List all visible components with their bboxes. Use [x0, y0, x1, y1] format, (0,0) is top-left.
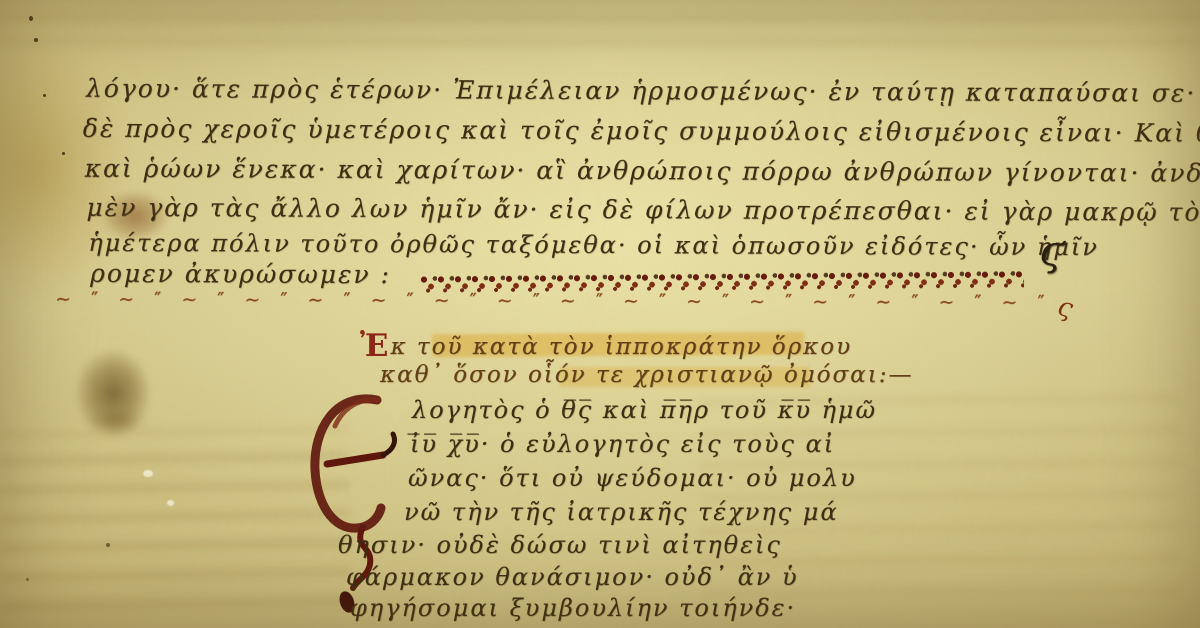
oath-title-line-1: Ἐκ τοῦ κατὰ τὸν ἱπποκράτην ὅρκου — [360, 328, 852, 364]
oath-line: ἰ̅υ̅ χ̅υ̅· ὁ εὐλογητὸς εἰς τοὺς αἰ — [410, 430, 835, 458]
oath-line: ῶνας· ὅτι οὐ ψεύδομαι· οὐ μολυ — [408, 464, 857, 492]
manuscript-line: ρομεν ἀκυρώσωμεν : — [90, 259, 391, 289]
manuscript-line: καὶ ῥώων ἕνεκα· καὶ χαρίτων· αἳ ἀνθρώποι… — [85, 154, 1200, 188]
oath-line: νῶ τὴν τῆς ἰατρικῆς τέχνης μά — [404, 498, 839, 526]
oath-title-text: κ τοῦ κατὰ τὸν ἱπποκράτην ὅρκου — [390, 334, 852, 360]
manuscript-line: δὲ πρὸς χεροῖς ὑμετέροις καὶ τοῖς ἐμοῖς … — [83, 114, 1200, 148]
oath-line: λογητὸς ὁ θ̅ς̅ καὶ π̅η̅ρ τοῦ κ̅υ̅ ἡμῶ — [412, 396, 877, 424]
oath-line: φηγήσομαι ξυμβουλίην τοιήνδε· — [350, 594, 796, 622]
wave-divider-row: ∼ ″ ∼ ″ ∼ ″ ∼ ″ ∼ ″ ∼ ″ ∼ ″ ∼ ″ ∼ ″ ∼ ″ … — [55, 288, 1101, 322]
manuscript-line: ἡμέτερα πόλιν τοῦτο ὀρθῶς ταξόμεθα· οἱ κ… — [88, 229, 1099, 261]
oath-title-line-2: καθ᾽ ὅσον οἷόν τε χριστιανῷ ὀμόσαι:— — [380, 362, 913, 388]
oath-title-initial: Ἐ — [360, 328, 390, 364]
manuscript-line: μὲν γὰρ τὰς ἄλλο λων ἡμῖν ἄν· εἰς δὲ φίλ… — [86, 193, 1200, 227]
manuscript-line: λόγου· ἅτε πρὸς ἑτέρων· Ἐπιμέλειαν ἡρμοσ… — [86, 74, 1200, 108]
oath-line: φάρμακον θανάσιμον· οὐδ᾽ ἂν ὑ — [346, 563, 799, 591]
manuscript-page-photo: λόγου· ἅτε πρὸς ἑτέρων· Ἐπιμέλειαν ἡρμοσ… — [0, 0, 1200, 628]
oath-line: θησιν· οὐδὲ δώσω τινὶ αἰτηθεὶς — [338, 531, 782, 559]
